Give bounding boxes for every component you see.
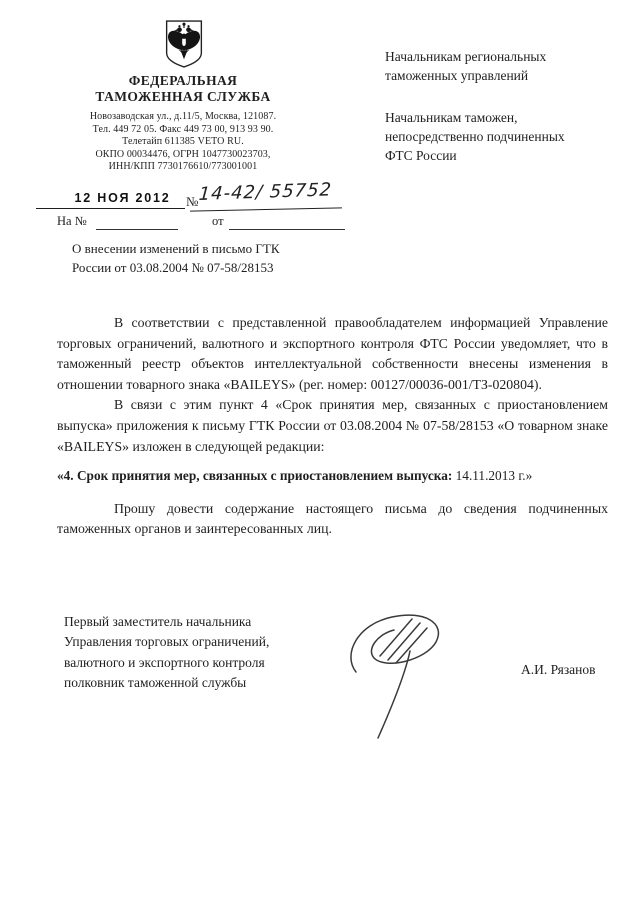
reference-number-label: На № [57,214,87,229]
recipient-line: Начальникам региональных [385,47,620,66]
address-line: ОКПО 00034476, ОГРН 1047730023703, [28,149,338,162]
number-underline [190,207,342,211]
date-underline [36,208,185,209]
address-line: Тел. 449 72 05. Факс 449 73 00, 913 93 9… [28,124,338,137]
address-line: Новозаводская ул., д.11/5, Москва, 12108… [28,111,338,124]
signer-title-line: полковник таможенной службы [64,673,269,693]
subject-line: России от 03.08.2004 № 07-58/28153 [72,259,280,278]
letter-body: В соответствии с представленной правообл… [57,313,608,540]
reference-number-blank [96,229,178,230]
amended-clause-line: «4. Срок принятия мер, связанных с приос… [57,466,608,487]
signer-title-block: Первый заместитель начальника Управления… [64,612,269,694]
outgoing-number-handwritten: 14-42/ 55752 [198,179,333,205]
handwritten-signature-icon [342,606,472,746]
reference-from-blank [229,229,345,230]
signature-stroke [351,615,438,672]
org-address-block: Новозаводская ул., д.11/5, Москва, 12108… [28,111,338,174]
signer-name: А.И. Рязанов [521,662,596,678]
number-label: № [186,194,198,210]
subject-line: О внесении изменений в письмо ГТК [72,240,280,259]
amended-clause-date: 14.11.2013 г.» [452,468,532,483]
recipient-line: ФТС России [385,146,620,165]
body-paragraph-2: В связи с этим пункт 4 «Срок принятия ме… [57,395,608,457]
address-line: ИНН/КПП 7730176610/773001001 [28,161,338,174]
date-stamp: 12 НОЯ 2012 [60,191,185,205]
recipient-line: Начальникам таможен, [385,108,620,127]
org-name-line2: ТАМОЖЕННАЯ СЛУЖБА [28,89,338,105]
signer-title-line: валютного и экспортного контроля [64,653,269,673]
org-name-line1: ФЕДЕРАЛЬНАЯ [28,73,338,89]
signer-title-line: Управления торговых ограничений, [64,632,269,652]
body-paragraph-1: В соответствии с представленной правообл… [57,313,608,395]
signer-title-line: Первый заместитель начальника [64,612,269,632]
subject-block: О внесении изменений в письмо ГТК России… [72,240,280,277]
amended-clause-bold: «4. Срок принятия мер, связанных с приос… [57,468,452,483]
reference-from-label: от [212,214,224,229]
org-name: ФЕДЕРАЛЬНАЯ ТАМОЖЕННАЯ СЛУЖБА [28,73,338,104]
recipients-block: Начальникам региональных таможенных упра… [385,47,620,165]
recipient-group-customs: Начальникам таможен, непосредственно под… [385,108,620,165]
address-line: Телетайп 611385 VETO RU. [28,136,338,149]
recipient-group-regional: Начальникам региональных таможенных упра… [385,47,620,85]
recipient-line: таможенных управлений [385,66,620,85]
recipient-line: непосредственно подчиненных [385,127,620,146]
signature-stroke [378,651,410,738]
body-paragraph-3: Прошу довести содержание настоящего пись… [57,499,608,540]
coat-of-arms-icon [159,19,209,69]
document-page: ФЕДЕРАЛЬНАЯ ТАМОЖЕННАЯ СЛУЖБА Новозаводс… [0,0,640,900]
